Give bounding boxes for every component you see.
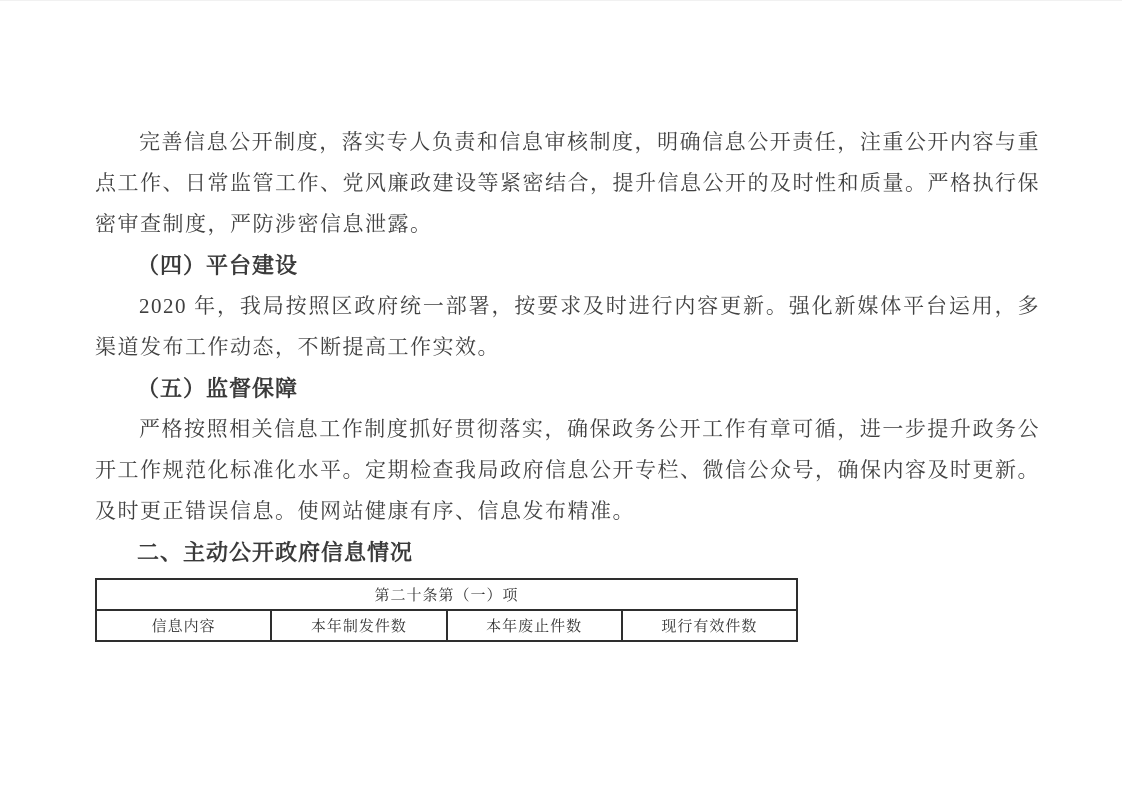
document-content: 完善信息公开制度，落实专人负责和信息审核制度，明确信息公开责任，注重公开内容与重… bbox=[95, 122, 1040, 642]
section-heading-platform-construction: （四）平台建设 bbox=[95, 245, 1040, 286]
intro-paragraph: 完善信息公开制度，落实专人负责和信息审核制度，明确信息公开责任，注重公开内容与重… bbox=[95, 122, 1040, 245]
table-header-info-content: 信息内容 bbox=[96, 610, 271, 641]
table-header-repealed-this-year: 本年废止件数 bbox=[447, 610, 622, 641]
table-title-row: 第二十条第（一）项 bbox=[96, 579, 797, 610]
document-page: 完善信息公开制度，落实专人负责和信息审核制度，明确信息公开责任，注重公开内容与重… bbox=[0, 0, 1122, 793]
table-title-cell: 第二十条第（一）项 bbox=[96, 579, 797, 610]
section5-paragraph: 严格按照相关信息工作制度抓好贯彻落实，确保政务公开工作有章可循，进一步提升政务公… bbox=[95, 409, 1040, 532]
section4-paragraph: 2020 年，我局按照区政府统一部署，按要求及时进行内容更新。强化新媒体平台运用… bbox=[95, 286, 1040, 368]
table-header-row: 信息内容 本年制发件数 本年废止件数 现行有效件数 bbox=[96, 610, 797, 641]
table-header-issued-this-year: 本年制发件数 bbox=[271, 610, 446, 641]
main-heading-proactive-disclosure: 二、主动公开政府信息情况 bbox=[95, 532, 1040, 573]
section-heading-supervision-guarantee: （五）监督保障 bbox=[95, 368, 1040, 409]
info-disclosure-table: 第二十条第（一）项 信息内容 本年制发件数 本年废止件数 现行有效件数 bbox=[95, 578, 798, 642]
table-header-currently-effective: 现行有效件数 bbox=[622, 610, 797, 641]
